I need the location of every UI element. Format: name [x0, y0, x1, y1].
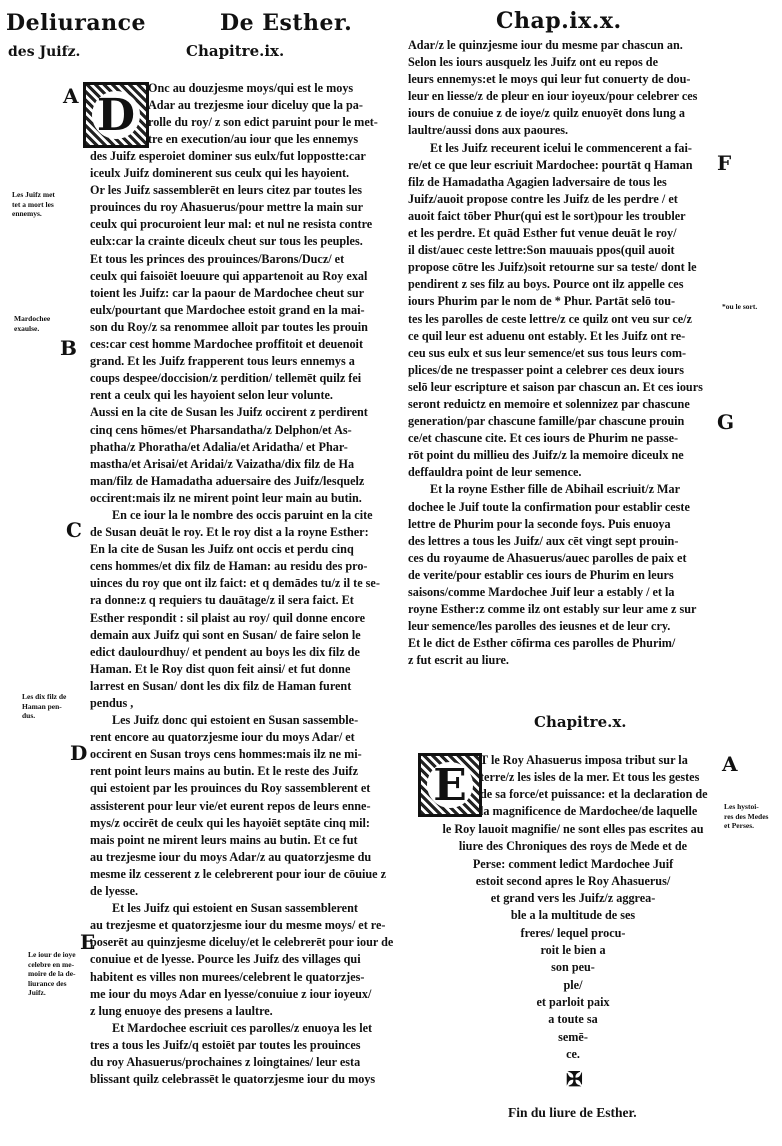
text-line: En ce iour la le nombre des occis paruin…: [90, 507, 393, 524]
text-line: ce/et chascune cite. Et ces iours de Phu…: [408, 430, 703, 447]
text-line: tre en execution/au iour que les ennemys: [148, 131, 378, 148]
text-line: rolle du roy/ z son edict paruint pour l…: [148, 114, 378, 131]
text-line: selō leur escripture et saison par chasc…: [408, 379, 703, 396]
text-line: saisons/comme Mardochee Juif leur a esta…: [408, 584, 703, 601]
text-line: de Susan deuāt le roy. Et le roy dist a …: [90, 524, 393, 541]
text-line: toient les Juifz: car la paour de Mardoc…: [90, 285, 393, 302]
text-line: pendus ,: [90, 695, 393, 712]
text-line: poserēt au quinzjesme diceluy/et le cele…: [90, 934, 393, 951]
text-line: auoit faict tōber Phur(qui est le sort)p…: [408, 208, 703, 225]
text-line: ce.: [412, 1046, 734, 1063]
text-line: eulx/pourtant que Mardochee estoit grand…: [90, 302, 393, 319]
text-line: de sa force/et puissance: et la declarat…: [480, 786, 708, 803]
text-line: habitent es villes non murees/celebrent …: [90, 969, 393, 986]
text-line: la magnificence de Mardochee/de laquelle: [480, 803, 708, 820]
text-line: Haman. Et le Roy dist quon feit ainsi/ e…: [90, 661, 393, 678]
text-line: uinces du roy que ont ilz faict: et q de…: [90, 575, 393, 592]
running-subtitle-left: des Juifz.: [8, 44, 80, 60]
text-line: conuiue et de lyesse. Pource les Juifz d…: [90, 951, 393, 968]
text-line: Adar au trezjesme iour diceluy que la pa…: [148, 97, 378, 114]
text-line: dochee le Juif toute la confirmation pou…: [408, 499, 703, 516]
text-line: le Roy lauoit magnifie/ ne sont elles pa…: [412, 821, 734, 838]
left-column-top: Onc au douzjesme moys/qui est le moys Ad…: [148, 80, 378, 148]
text-line: royne Esther:z comme ilz ont estably sur…: [408, 601, 703, 618]
text-line: son peu-: [412, 959, 734, 976]
text-line: rent point leurs mains au butin. Et le r…: [90, 763, 393, 780]
text-line: ple/: [412, 977, 734, 994]
margin-note-left-2: Mardochee exaulse.: [14, 314, 50, 333]
text-line: T le Roy Ahasuerus imposa tribut sur la: [480, 752, 708, 769]
text-line: seront reduictz en memoire et solennizez…: [408, 396, 703, 413]
text-line: Et tous les princes des prouinces/Barons…: [90, 251, 393, 268]
text-line: des Juifz esperoiet dominer sus eulx/fut…: [90, 148, 393, 165]
text-line: plices/de ne trespasser point a celebrer…: [408, 362, 703, 379]
running-title-center: De Esther.: [220, 10, 352, 36]
text-line: iours de conuiue z de ioye/z quilz enuoy…: [408, 105, 703, 122]
text-line: iours Phurim par le nom de * Phur. Partā…: [408, 293, 703, 310]
chapter-x-opening: T le Roy Ahasuerus imposa tribut sur la …: [480, 752, 708, 820]
chapter-heading-x: Chapitre.x.: [534, 713, 627, 731]
text-line: mys/z occirēt de ceulx qui les hayoiēt s…: [90, 815, 393, 832]
text-line: phatha/z Phoratha/et Adalia/et Aridatha/…: [90, 439, 393, 456]
text-line: au trezjesme iour du moys Adar/z au quat…: [90, 849, 393, 866]
left-column-body: des Juifz esperoiet dominer sus eulx/fut…: [90, 148, 393, 1088]
chapter-heading-ix: Chapitre.ix.: [186, 42, 284, 60]
text-line: occirent:mais ilz ne mirent point leur m…: [90, 490, 393, 507]
text-line: me iour du moys Adar en lyesse/conuiue z…: [90, 986, 393, 1003]
text-line: terre/z les isles de la mer. Et tous les…: [480, 769, 708, 786]
section-letter-g: G: [717, 410, 734, 434]
text-line: Onc au douzjesme moys/qui est le moys: [148, 80, 378, 97]
text-line: ceulx qui procuroient leur mal: et nul n…: [90, 216, 393, 233]
text-line: ceulx qui faisoiēt loeuure qui apparteno…: [90, 268, 393, 285]
text-line: Esther respondit : sil plaist au roy/ qu…: [90, 610, 393, 627]
text-line: coups despee/doccision/z perdition/ tell…: [90, 370, 393, 387]
running-title-left: Deliurance: [6, 10, 146, 36]
text-line: mesme ilz cesserent z le celebrerent pou…: [90, 866, 393, 883]
text-line: leur en liesse/z de pleur en iour ioyeux…: [408, 88, 703, 105]
margin-note-left-3: Les dix filz de Haman pen- dus.: [22, 692, 66, 721]
text-line: Et la royne Esther fille de Abihail escr…: [408, 481, 703, 498]
text-line: rent a ceulx qui les hayoient selon leur…: [90, 387, 393, 404]
text-line: freres/ lequel procu-: [412, 925, 734, 942]
text-line: Or les Juifz sassemblerēt en leurs citez…: [90, 182, 393, 199]
text-line: pendirent z ses filz au boys. Pource ont…: [408, 276, 703, 293]
colophon: Fin du liure de Esther.: [508, 1105, 637, 1121]
right-column-body: Adar/z le quinzjesme iour du mesme par c…: [408, 37, 703, 669]
text-line: de lyesse.: [90, 883, 393, 900]
text-line: Juifz/auoit propose contre les Juifz de …: [408, 191, 703, 208]
text-line: ble a la multitude de ses: [412, 907, 734, 924]
decorated-initial-d: D: [83, 82, 149, 148]
text-line: roit le bien a: [412, 942, 734, 959]
text-line: au trezjesme et quatorzjesme iour du mes…: [90, 917, 393, 934]
text-line: liure des Chroniques des roys de Mede et…: [412, 838, 734, 855]
text-line: semē-: [412, 1029, 734, 1046]
text-line: z fut escrit au liure.: [408, 652, 703, 669]
text-line: occirent en Susan troys cens hommes:mais…: [90, 746, 393, 763]
margin-note-left-1: Les Juifz met tet a mort les ennemys.: [12, 190, 55, 219]
text-line: iceulx Juifz dominerent sus ceulx qui le…: [90, 165, 393, 182]
text-line: qui estoient par les prouinces du Roy sa…: [90, 780, 393, 797]
text-line: et grand vers les Juifz/z aggrea-: [412, 890, 734, 907]
text-line: propose cōtre les Juifz)soit retourne su…: [408, 259, 703, 276]
section-letter-f: F: [717, 151, 731, 175]
text-line: leur semence/les parolles des ieusnes et…: [408, 618, 703, 635]
margin-note-left-4: Le iour de ioye celebre en me- moire de …: [28, 950, 76, 998]
text-line: Selon les iours ausquelz les Juifz ont e…: [408, 54, 703, 71]
text-line: ceu sus eulx et sus leur semence/et sus …: [408, 345, 703, 362]
text-line: des lettres a tous les Juifz/ aux cēt vi…: [408, 533, 703, 550]
text-line: tes les parolles de ceste lettre/z ce qu…: [408, 311, 703, 328]
text-line: z lung enuoye des presens a laultre.: [90, 1003, 393, 1020]
text-line: larrest en Susan/ dont les dix filz de H…: [90, 678, 393, 695]
text-line: laultre/aussi dons aux paoures.: [408, 122, 703, 139]
text-line: cens hommes/et dix filz de Haman: au res…: [90, 558, 393, 575]
text-line: grand. Et les Juifz frapperent tous leur…: [90, 353, 393, 370]
section-letter-a: A: [63, 84, 79, 108]
text-line: ces du royaume de Ahasuerus/auec parolle…: [408, 550, 703, 567]
text-line: mastha/et Arisai/et Aridai/z Vaizatha/di…: [90, 456, 393, 473]
text-line: Et les Juifz receurent icelui le commenc…: [408, 140, 703, 157]
text-line: blissant quilz celebrassēt le quatorzjes…: [90, 1071, 393, 1088]
text-line: de verite/pour establir ces iours de Phu…: [408, 567, 703, 584]
text-line: prouinces du roy Ahasuerus/pour mettre l…: [90, 199, 393, 216]
text-line: Les Juifz donc qui estoient en Susan sas…: [90, 712, 393, 729]
text-line: man/filz de Hamadatha aduersaire des Jui…: [90, 473, 393, 490]
text-line: leurs ennemys:et le moys qui leur fut co…: [408, 71, 703, 88]
text-line: Et le dict de Esther cōfirma ces parolle…: [408, 635, 703, 652]
decorated-initial-e: E: [418, 753, 482, 817]
text-line: et les perdre. Et quād Esther fut venue …: [408, 225, 703, 242]
text-line: mais point ne mirent leurs mains au buti…: [90, 832, 393, 849]
text-line: estoit second apres le Roy Ahasuerus/: [412, 873, 734, 890]
text-line: eulx:car la crainte diceulx cheut sur to…: [90, 233, 393, 250]
text-line: tres a tous les Juifz/q estoiēt par tout…: [90, 1037, 393, 1054]
text-line: generation/par chascune famille/par chas…: [408, 413, 703, 430]
section-letter-d: D: [70, 741, 87, 765]
text-line: ce quil leur est aduenu ont estably. Et …: [408, 328, 703, 345]
text-line: Et Mardochee escriuit ces parolles/z enu…: [90, 1020, 393, 1037]
text-line: re/et ce que leur escriuit Mardochee: po…: [408, 157, 703, 174]
text-line: cinq cens hōmes/et Pharsandatha/z Delpho…: [90, 422, 393, 439]
text-line: il dist/auec ceste lettre:Son mauuais pp…: [408, 242, 703, 259]
tapered-text-block: le Roy lauoit magnifie/ ne sont elles pa…: [412, 821, 734, 1063]
ornament-cross-icon: ✠: [566, 1067, 583, 1091]
text-line: Et les Juifz qui estoient en Susan sasse…: [90, 900, 393, 917]
text-line: edict daulourdhuy/ et pendent au boys le…: [90, 644, 393, 661]
section-letter-b: B: [60, 336, 77, 360]
text-line: et parloit paix: [412, 994, 734, 1011]
text-line: ces:car cest homme Mardochee proffitoit …: [90, 336, 393, 353]
text-line: filz de Hamadatha Agagien ladversaire de…: [408, 174, 703, 191]
text-line: demain aux Juifz qui sont en Susan/ de f…: [90, 627, 393, 644]
text-line: Perse: comment ledict Mardochee Juif: [412, 856, 734, 873]
text-line: Adar/z le quinzjesme iour du mesme par c…: [408, 37, 703, 54]
text-line: Aussi en la cite de Susan les Juifz occi…: [90, 404, 393, 421]
text-line: deffauldra point de leur semence.: [408, 464, 703, 481]
text-line: ra donne:z q requiers tu dauātage/z il s…: [90, 592, 393, 609]
text-line: assisterent pour leur vie/et eurent repo…: [90, 798, 393, 815]
text-line: En la cite de Susan les Juifz ont occis …: [90, 541, 393, 558]
text-line: a toute sa: [412, 1011, 734, 1028]
running-title-right: Chap.ix.x.: [496, 8, 622, 34]
text-line: son du Roy/z sa renommee alloit par tout…: [90, 319, 393, 336]
text-line: rōt point du millieu des Juifz/z la memo…: [408, 447, 703, 464]
margin-note-right-1: *ou le sort.: [722, 302, 757, 312]
text-line: du roy Ahasuerus/prochaines z loingtaine…: [90, 1054, 393, 1071]
section-letter-c: C: [66, 518, 82, 542]
text-line: rent encore au quatorzjesme iour du moys…: [90, 729, 393, 746]
section-letter-a-right: A: [722, 752, 738, 776]
text-line: lettre de Phurim pour la seconde foys. P…: [408, 516, 703, 533]
